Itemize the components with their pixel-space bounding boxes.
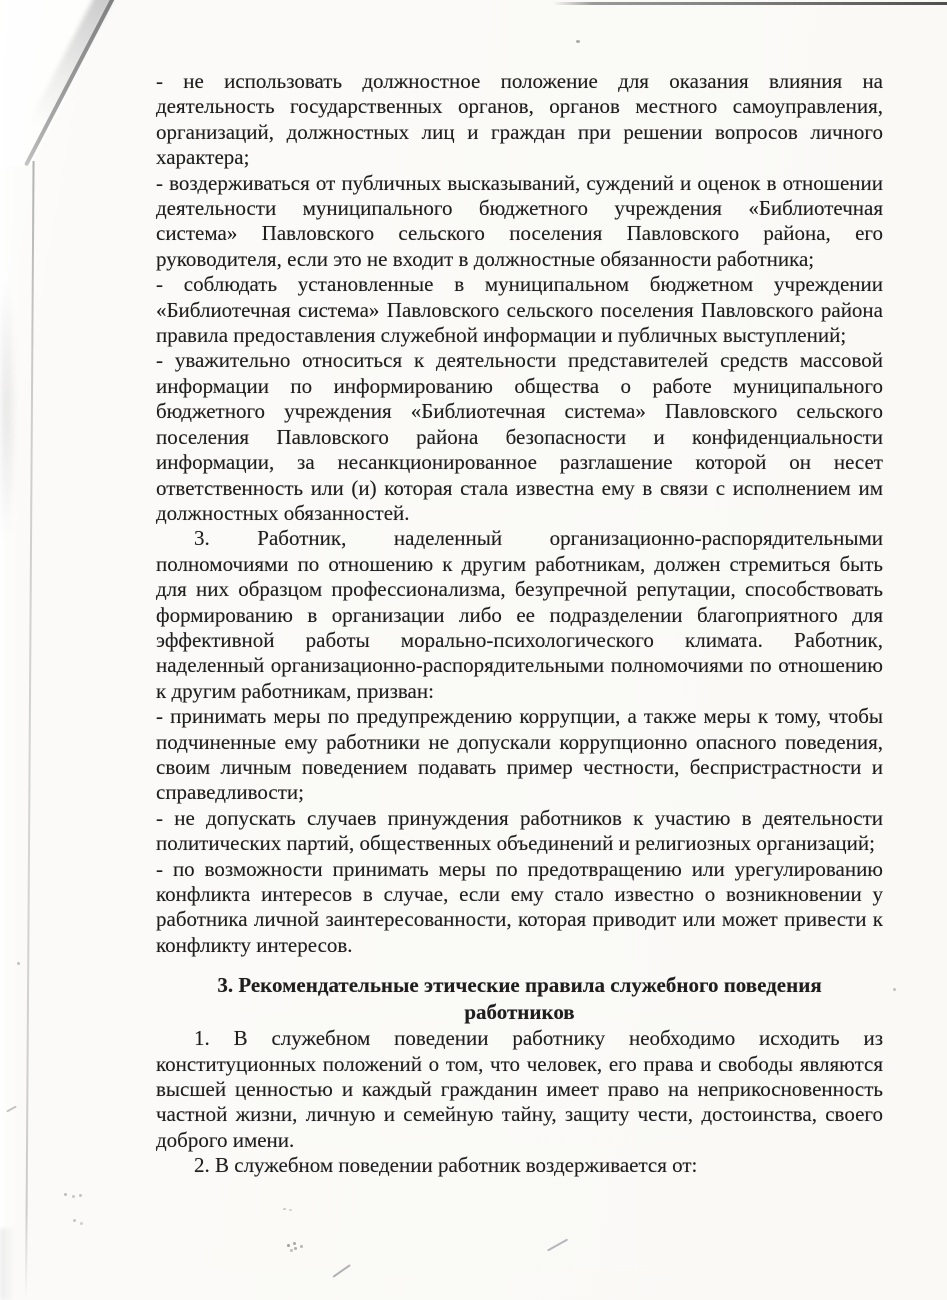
scan-speck [893, 988, 896, 991]
section-heading-line1: 3. Рекомендательные этические правила сл… [156, 972, 883, 999]
scanned-page: - не использовать должностное положение … [0, 0, 947, 1300]
paragraph-bullet-2: - воздерживаться от публичных высказыван… [156, 171, 883, 273]
scan-edge-line-top [553, 2, 947, 5]
pen-slash-mark [547, 1239, 568, 1252]
scan-speck [576, 40, 580, 43]
fold-crease-vertical [25, 161, 35, 1300]
paragraph-bullet-6: - не допускать случаев принуждения работ… [156, 806, 883, 857]
scan-speckles [64, 1193, 67, 1196]
paragraph-numbered-1: 1. В служебном поведении работнику необх… [156, 1026, 883, 1153]
scan-speckles [73, 1219, 76, 1222]
paragraph-bullet-4: - уважительно относиться к деятельности … [156, 348, 883, 526]
pen-slash-mark [332, 1264, 350, 1277]
paragraph-numbered-2: 2. В служебном поведении работник воздер… [156, 1153, 883, 1178]
section-heading-line2: работников [156, 999, 883, 1026]
section-heading: 3. Рекомендательные этические правила сл… [156, 972, 883, 1026]
paragraph-bullet-1: - не использовать должностное положение … [156, 69, 883, 171]
paragraph-bullet-5: - принимать меры по предупреждению корру… [156, 704, 883, 806]
scan-left-edge [0, 0, 20, 1300]
document-text-block: - не использовать должностное положение … [156, 69, 883, 1179]
pencil-smudge [287, 1244, 290, 1247]
scan-shade-bottom-left [0, 1228, 16, 1300]
paragraph-numbered-3: 3. Работник, наделенный организационно-р… [156, 526, 883, 704]
scan-speck [17, 962, 20, 965]
paragraph-bullet-3: - соблюдать установленные в муниципально… [156, 272, 883, 348]
scan-speckles [283, 1208, 286, 1210]
scan-smudge-left [0, 275, 18, 545]
paragraph-bullet-7: - по возможности принимать меры по предо… [156, 857, 883, 959]
